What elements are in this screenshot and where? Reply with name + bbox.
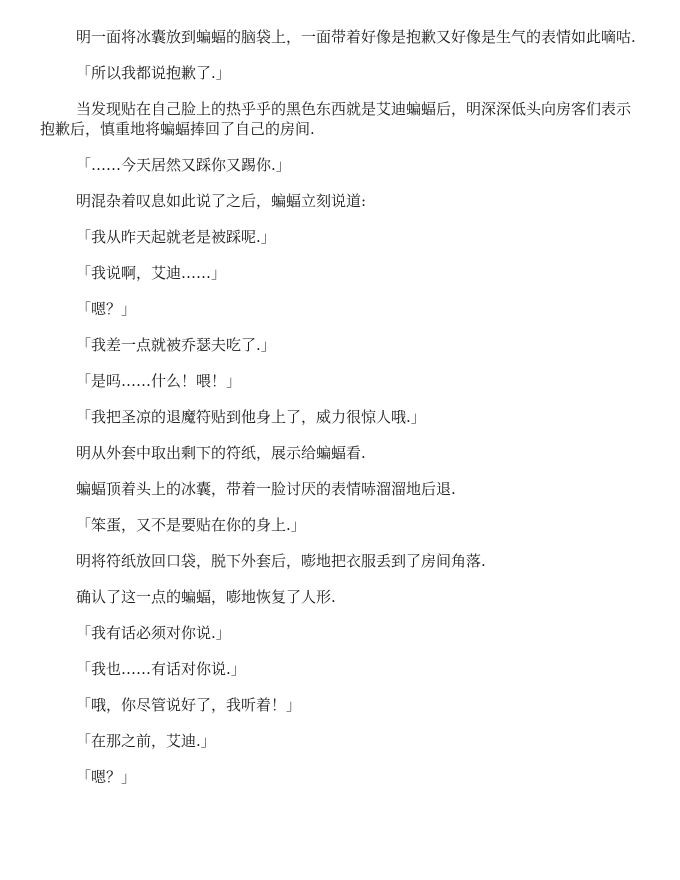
document-page: 明一面将冰囊放到蝙蝠的脑袋上，一面带着好像是抱歉又好像是生气的表情如此嘀咕. 「… <box>0 0 680 880</box>
dialogue-line: 「嗯？」 <box>40 767 640 787</box>
narration-paragraph: 确认了这一点的蝙蝠，嘭地恢复了人形. <box>40 587 640 607</box>
dialogue-line: 「我有话必须对你说.」 <box>40 623 640 643</box>
narration-paragraph: 明一面将冰囊放到蝙蝠的脑袋上，一面带着好像是抱歉又好像是生气的表情如此嘀咕. <box>40 27 640 47</box>
dialogue-line: 「我差一点就被乔瑟夫吃了.」 <box>40 335 640 355</box>
dialogue-line: 「我从昨天起就老是被踩呢.」 <box>40 227 640 247</box>
dialogue-line: 「所以我都说抱歉了.」 <box>40 63 640 83</box>
dialogue-line: 「笨蛋，又不是要贴在你的身上.」 <box>40 515 640 535</box>
narration-paragraph: 明混杂着叹息如此说了之后，蝙蝠立刻说道: <box>40 191 640 211</box>
dialogue-line: 「是吗……什么！喂！」 <box>40 371 640 391</box>
dialogue-line: 「在那之前，艾迪.」 <box>40 731 640 751</box>
narration-paragraph: 明从外套中取出剩下的符纸，展示给蝙蝠看. <box>40 443 640 463</box>
dialogue-line: 「嗯？」 <box>40 299 640 319</box>
narration-paragraph: 蝙蝠顶着头上的冰囊，带着一脸讨厌的表情哧溜溜地后退. <box>40 479 640 499</box>
narration-paragraph: 明将符纸放回口袋，脱下外套后，嘭地把衣服丢到了房间角落. <box>40 551 640 571</box>
narration-paragraph: 当发现贴在自己脸上的热乎乎的黑色东西就是艾迪蝙蝠后，明深深低头向房客们表示抱歉后… <box>40 99 640 139</box>
dialogue-line: 「我把圣凉的退魔符贴到他身上了，威力很惊人哦.」 <box>40 407 640 427</box>
dialogue-line: 「……今天居然又踩你又踢你.」 <box>40 155 640 175</box>
dialogue-line: 「我也……有话对你说.」 <box>40 659 640 679</box>
dialogue-line: 「哦，你尽管说好了，我听着！」 <box>40 695 640 715</box>
dialogue-line: 「我说啊，艾迪……」 <box>40 263 640 283</box>
